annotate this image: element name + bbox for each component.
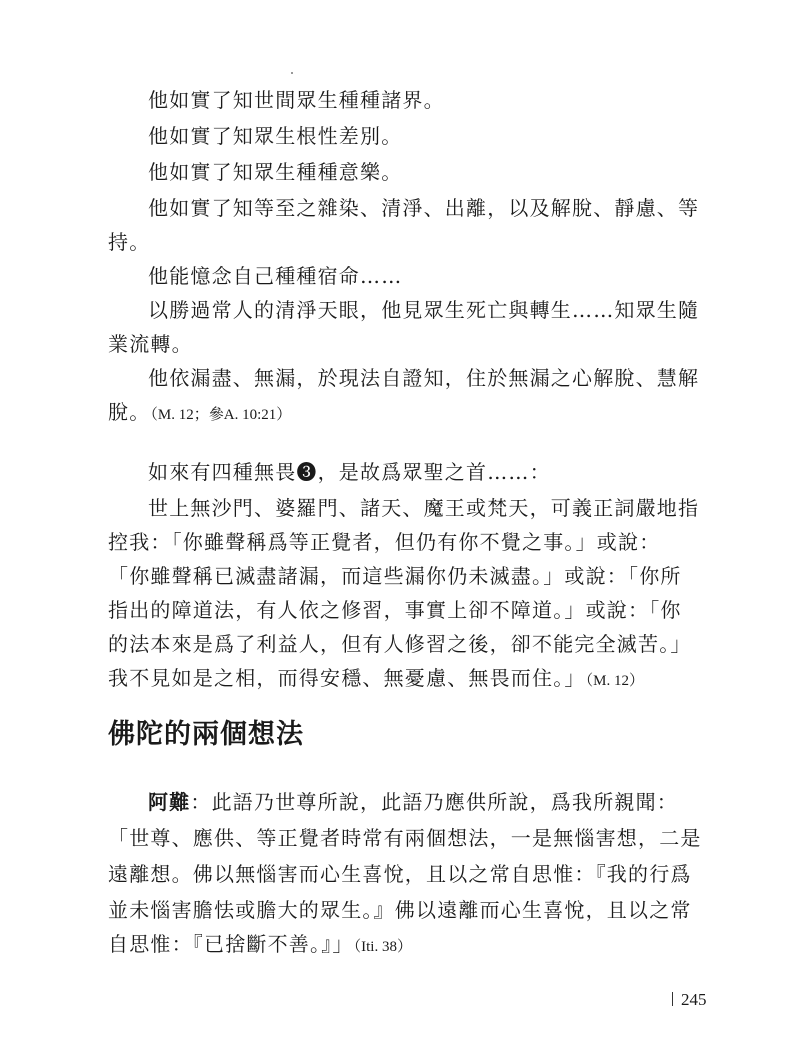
text-line: 如來有四種無畏❸，是故爲眾聖之首……： xyxy=(148,460,551,484)
section-heading: 佛陀的兩個想法 xyxy=(108,718,304,752)
text-fragment: 脫。 xyxy=(108,400,150,424)
citation: （M. 12；參A. 10:21） xyxy=(150,407,291,423)
page-number-divider xyxy=(672,992,673,1006)
text-line: 自思惟：『已捨斷不善。』」（Iti. 38） xyxy=(108,932,412,959)
text-line: 他依漏盡、無漏，於現法自證知，住於無漏之心解脫、慧解 xyxy=(148,366,699,390)
text-line: 他如實了知等至之雜染、清淨、出離，以及解脫、靜慮、等 xyxy=(148,196,699,220)
text-fragment: ：此語乃世尊所說，此語乃應供所說，爲我所親聞： xyxy=(190,790,678,814)
text-line: 我不見如是之相，而得安穩、無憂慮、無畏而住。」（M. 12） xyxy=(108,666,644,693)
text-line: 世上無沙門、婆羅門、諸天、魔王或梵天，可義正詞嚴地指 xyxy=(148,496,699,520)
text-line: 阿難：此語乃世尊所說，此語乃應供所說，爲我所親聞： xyxy=(148,790,678,814)
page-number-value: 245 xyxy=(681,990,707,1009)
text-line: 業流轉。 xyxy=(108,332,193,356)
text-line: 指出的障道法，有人依之修習，事實上卻不障道。」或說：「你 xyxy=(108,598,682,622)
text-line: 遠離想。佛以無惱害而心生喜悅，且以之常自思惟：『我的行爲 xyxy=(108,862,692,886)
text-line: 「世尊、應供、等正覺者時常有兩個想法，一是無惱害想，二是 xyxy=(108,826,702,850)
citation: （Iti. 38） xyxy=(354,939,412,955)
text-fragment: 我不見如是之相，而得安穩、無憂慮、無畏而住。」 xyxy=(108,666,586,690)
text-line: 以勝過常人的清淨天眼，他見眾生死亡與轉生……知眾生隨 xyxy=(148,298,699,322)
text-line: 他能憶念自己種種宿命…… xyxy=(148,264,402,288)
text-line: 他如實了知世間眾生種種諸界。 xyxy=(148,88,445,112)
scan-speck xyxy=(291,72,293,74)
text-line: 控我：「你雖聲稱爲等正覺者，但仍有你不覺之事。」或說： xyxy=(108,530,660,554)
text-line: 「你雖聲稱已滅盡諸漏，而這些漏你仍未滅盡。」或說：「你所 xyxy=(108,564,682,588)
text-line: 持。 xyxy=(108,230,150,254)
text-line: 他如實了知眾生種種意樂。 xyxy=(148,160,402,184)
text-line: 並未惱害膽怯或膽大的眾生。』佛以遠離而心生喜悅，且以之常 xyxy=(108,898,692,922)
text-line: 脫。（M. 12；參A. 10:21） xyxy=(108,400,291,427)
page-number: 245 xyxy=(672,990,707,1010)
text-line: 他如實了知眾生根性差別。 xyxy=(148,124,402,148)
speaker-name: 阿難 xyxy=(148,790,190,814)
text-fragment: 自思惟：『已捨斷不善。』」 xyxy=(108,932,354,956)
citation: （M. 12） xyxy=(586,673,644,689)
text-line: 的法本來是爲了利益人，但有人修習之後，卻不能完全滅苦。」 xyxy=(108,632,692,656)
